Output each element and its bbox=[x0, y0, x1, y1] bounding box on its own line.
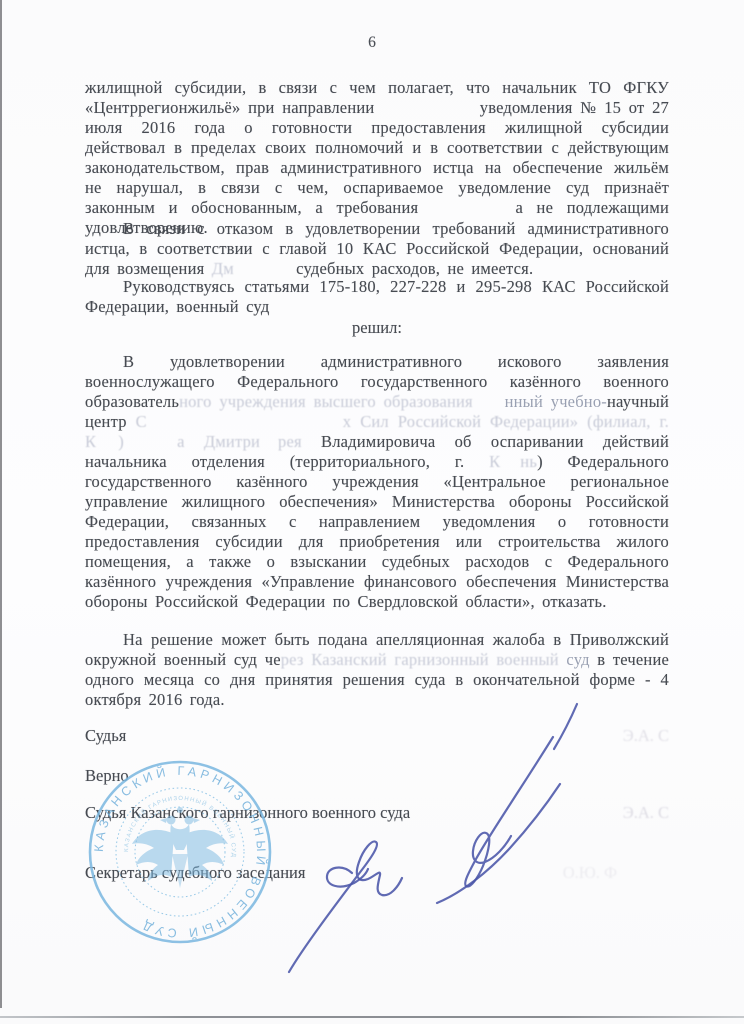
copy-judge-label: Судья Казанского гарнизонного военного с… bbox=[85, 803, 410, 823]
judge-signature-row: Судья Э.А. С bbox=[85, 726, 669, 746]
secretary-signature bbox=[289, 842, 402, 972]
scanned-court-decision-page: 6 жилищной субсидии, в связи с чем полаг… bbox=[0, 0, 744, 1024]
secretary-name-faded: О.Ю. Ф bbox=[563, 863, 617, 883]
paragraph-housing-subsidy: жилищной субсидии, в связи с чем полагае… bbox=[85, 78, 669, 238]
svg-text:КАЗАНСКИЙ ГАРНИЗОННЫЙ ВОЕННЫЙ: КАЗАНСКИЙ ГАРНИЗОННЫЙ ВОЕННЫЙ СУД bbox=[92, 764, 269, 941]
secretary-row: Секретарь судебного заседания О.Ю. Ф bbox=[85, 863, 669, 883]
copy-judge-row: Судья Казанского гарнизонного военного с… bbox=[85, 803, 669, 823]
certified-label: Верно bbox=[85, 766, 129, 786]
secretary-label: Секретарь судебного заседания bbox=[85, 863, 305, 883]
judge-label: Судья bbox=[85, 726, 126, 746]
paragraph-appeal: На решение может быть подана апелляционн… bbox=[85, 630, 669, 710]
court-stamp: КАЗАНСКИЙ ГАРНИЗОННЫЙ ВОЕННЫЙ СУД КАЗАНС… bbox=[90, 762, 270, 942]
copy-judge-name-faded: Э.А. С bbox=[623, 803, 669, 823]
judge-name-faded: Э.А. С bbox=[623, 726, 669, 746]
paragraph-resolution: В удовлетворении административного исков… bbox=[85, 352, 669, 612]
resolution-heading: решил: bbox=[85, 318, 669, 338]
paragraph-court-costs: В связи с отказом в удовлетворении требо… bbox=[85, 219, 669, 279]
stamp-ring-text: КАЗАНСКИЙ ГАРНИЗОННЫЙ ВОЕННЫЙ СУД bbox=[92, 764, 269, 941]
page-number: 6 bbox=[0, 34, 744, 52]
certified-row: Верно bbox=[85, 766, 669, 786]
scan-left-edge-artifact bbox=[0, 0, 2, 1008]
scan-bottom-edge-artifact bbox=[0, 1016, 744, 1018]
paragraph-guided-by-articles: Руководствуясь статьями 175-180, 227-228… bbox=[85, 277, 669, 317]
